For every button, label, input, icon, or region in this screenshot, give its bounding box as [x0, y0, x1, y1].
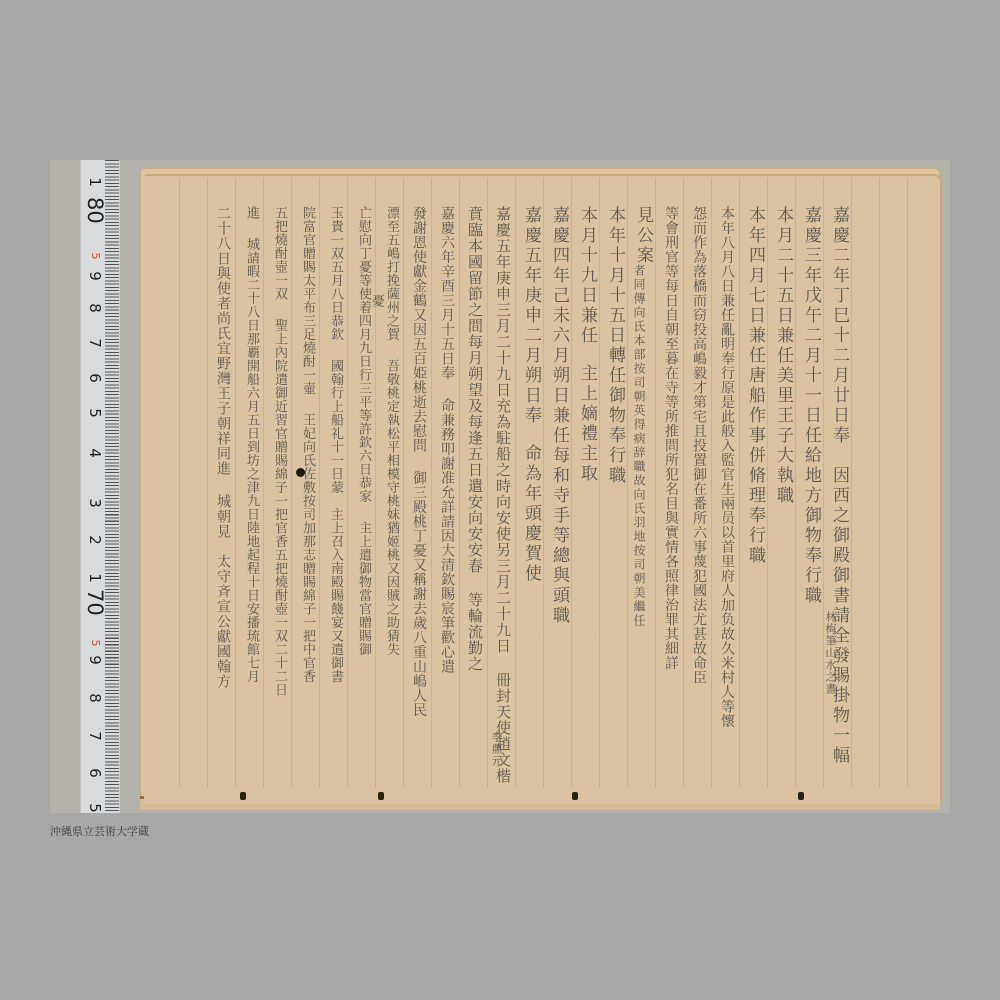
text-column-12: 嘉慶五年庚申二月朔日奉命為年頭慶賀使 — [518, 206, 544, 584]
text-column-3: 本月二十五日兼任美里王子大執職 — [770, 206, 796, 506]
ruler-label: 9 — [87, 265, 103, 287]
text-column-19: 玉貴一双五月八日恭欽國翰行上船礼十一日蒙 主上召入南殿賜餞宴又遣御書 — [322, 206, 348, 683]
ruler-label: 3 — [87, 492, 103, 514]
binding-stitch — [798, 792, 804, 800]
ruler-label: 6 — [87, 367, 103, 389]
text-column-23: 二十八日與使者尚氏宜野灣王子朝祥同進城朝見 太守斉宣公獻國翰方 — [210, 206, 236, 689]
text-column-11: 嘉慶四年己未六月朔日兼任每和寺手等總與頭職 — [546, 206, 572, 626]
text-column-6: 怨而作為落橋而窃投高嶋毅才第宅且投置御在番所六事蔑犯國法尤甚故命臣 — [686, 206, 712, 685]
ruler-label: 4 — [87, 442, 103, 464]
ruler-label: 6 — [87, 762, 103, 784]
ruler-label: 8 — [87, 297, 103, 319]
manuscript-page: 嘉慶二年丁巳十二月廿日奉 因西之御殿御書請全發賜掛物一幅 林梅筆山水之畫 嘉慶三… — [144, 174, 942, 804]
ruler-label-70: 70 — [87, 589, 103, 611]
text-column-15: 嘉慶六年辛酉三月十五日奉命兼務叩謝准允詳請因大清欽賜宸筆歡心遣 — [434, 206, 460, 674]
ruler-label: 2 — [87, 529, 103, 551]
text-column-5: 本年八月八日兼任亂明奉行原是此般入監官生兩员以首里府人加负故久米村人等懷 — [714, 206, 740, 728]
image-canvas: 1 80 5 9 8 7 6 5 4 3 2 1 70 5 9 8 7 6 5 — [0, 0, 1000, 1000]
ruler-label-red: 5 — [87, 245, 103, 267]
ruler-label: 8 — [87, 687, 103, 709]
ruler-label: 5 — [87, 797, 103, 813]
text-columns: 嘉慶二年丁巳十二月廿日奉 因西之御殿御書請全發賜掛物一幅 林梅筆山水之畫 嘉慶三… — [144, 176, 940, 804]
text-column-2: 嘉慶三年戊午二月十一日任給地方御物奉行職 — [798, 206, 824, 606]
ruler-label-80: 80 — [87, 197, 103, 219]
column-18-note: 憂 — [370, 294, 382, 308]
binding-stitch — [240, 792, 246, 800]
text-column-14: 賁臨本國留節之間每月朔望及每逢五日遣安向安安春等輪流勤之 — [462, 206, 488, 672]
ruler-label: 9 — [87, 649, 103, 671]
text-column-4: 本年四月七日兼任唐船作事併脩理奉行職 — [742, 206, 768, 566]
ruler-label: 7 — [87, 725, 103, 747]
ink-spot — [296, 468, 305, 477]
text-column-20: 院富官贈賜太平布三足燒酎一壷王妃向氏佐敷按司加那志贈賜綿子一把中官香 — [294, 206, 320, 683]
measuring-ruler: 1 80 5 9 8 7 6 5 4 3 2 1 70 5 9 8 7 6 5 — [80, 160, 120, 813]
text-column-8: 見公案 — [630, 206, 656, 266]
binding-stitch — [378, 792, 384, 800]
ruler-label: 1 — [87, 567, 103, 589]
text-column-9: 本年十月十五日轉任御物奉行職 — [602, 206, 628, 486]
ruler-label: 7 — [87, 332, 103, 354]
manuscript-book: 嘉慶二年丁巳十二月廿日奉 因西之御殿御書請全發賜掛物一幅 林梅筆山水之畫 嘉慶三… — [140, 168, 940, 808]
text-column-18: 亡慰向丁憂等使着四月九日行三平等許欽六日恭家主上遣御物當官贈賜御 — [350, 206, 376, 656]
text-column-7: 等會刑官等每日自朝至暮在寺等所推問所犯名目與實情各照律治罪其細詳 — [658, 206, 684, 670]
text-column-17: 漂至五嶋打挽薩州之賀吾敬桃定執松平相模守桃妹猶姬桃又因賊之助猜失 — [378, 206, 404, 656]
column-1-note: 林梅筆山水之畫 — [824, 611, 836, 695]
text-column-21: 五把燒酎壺一双聖上內院遣御近習官贈賜綿子一把官香五把燒酎壺一双二十二日 — [266, 206, 292, 697]
column-13-note: 李鼎元 — [490, 731, 502, 767]
collection-credit: 沖縄県立芸術大学蔵 — [50, 823, 149, 839]
column-8-note: 者同傳向氏本部按司朝英得病辞職故向氏羽地按司朝美繼任 — [632, 264, 645, 628]
text-column-16: 發謝恩使獻金鶴又因五百姫桃逝去慰問御三殿桃丁憂又稱謝去歲八重山嶋人民 — [406, 206, 432, 717]
binding-stitch — [572, 792, 578, 800]
manuscript-photo: 1 80 5 9 8 7 6 5 4 3 2 1 70 5 9 8 7 6 5 — [50, 160, 950, 813]
text-column-10: 本月十九日兼任主上嫡禮主取 — [574, 206, 600, 484]
ruler-label: 5 — [87, 402, 103, 424]
text-column-22: 進城請暇二十八日那覇開船六月五日到坊之津九日陸地起程十日安播琉館七月 — [238, 206, 264, 683]
ruler-label: 1 — [87, 171, 103, 193]
ruler-ticks — [105, 160, 119, 813]
text-column-13: 嘉慶五年庚申三月二十九日充為駐船之時向安使另三月二十九日冊封天使趙文楷 — [490, 206, 516, 784]
